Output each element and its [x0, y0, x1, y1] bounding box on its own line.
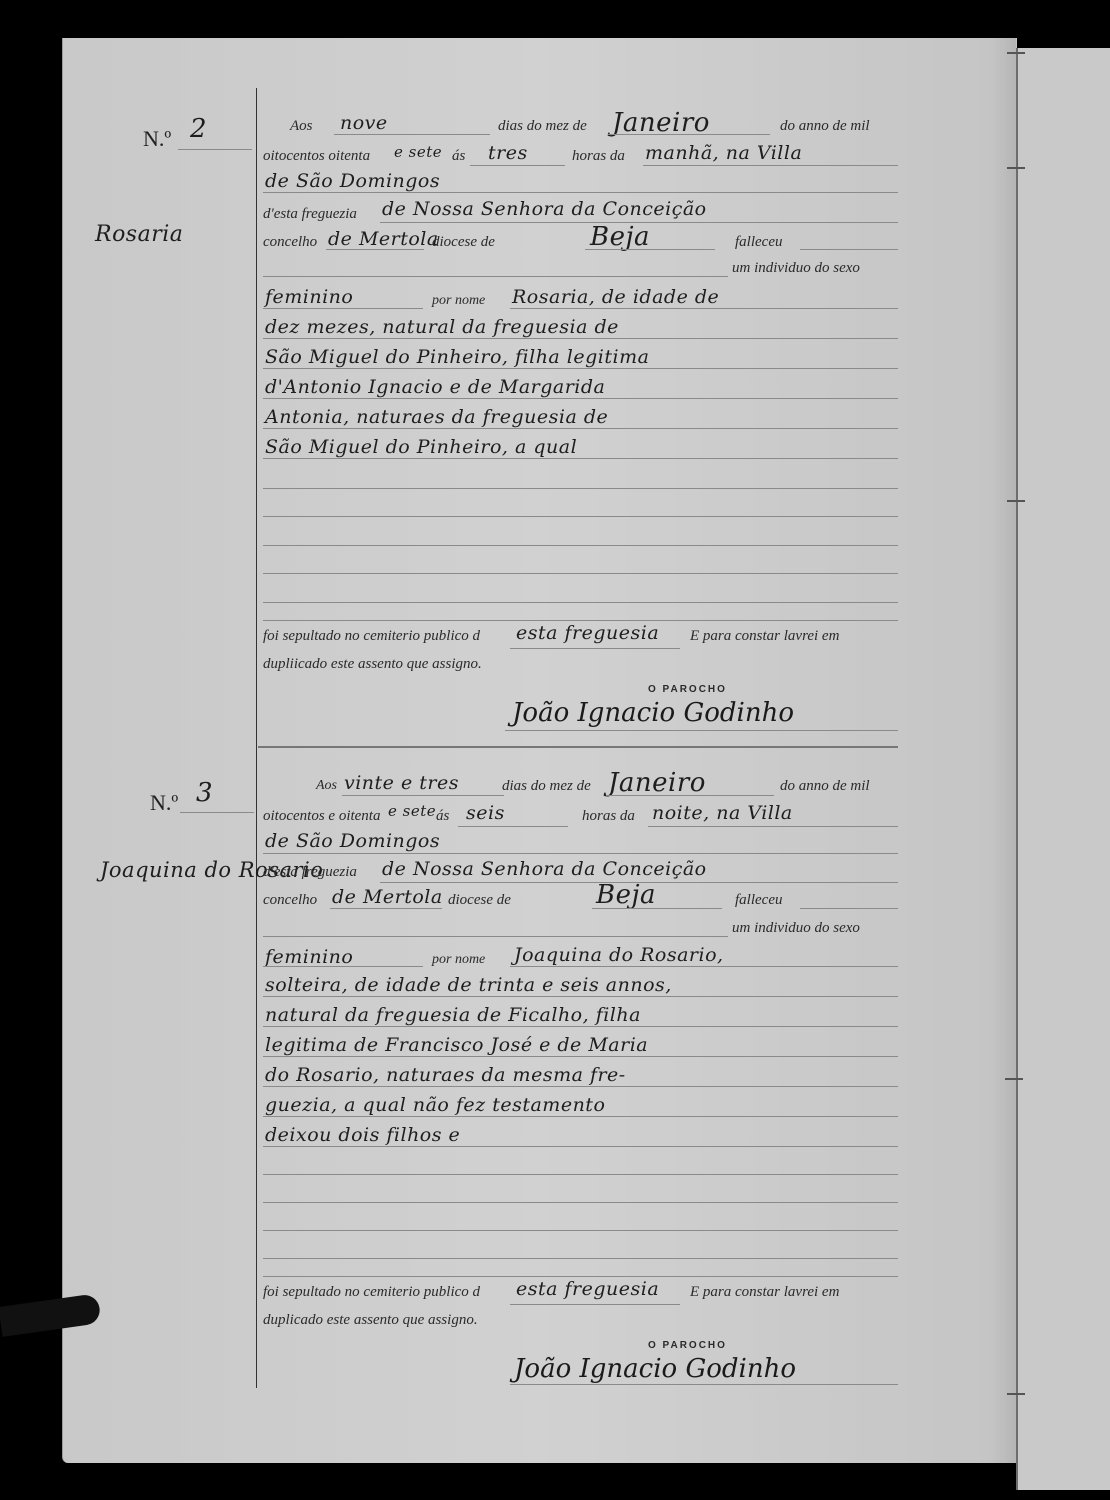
rule [263, 966, 423, 967]
rule [263, 338, 898, 339]
priest-signature: João Ignacio Godinho [512, 698, 794, 728]
handwritten-body-line: São Miguel do Pinheiro, a qual [265, 436, 577, 458]
rule [648, 826, 898, 827]
rule [178, 149, 252, 150]
rule [263, 192, 898, 193]
rule [263, 488, 898, 489]
printed-text: diocese de [448, 892, 511, 909]
rule [510, 648, 680, 649]
handwritten-time-place: noite, na Villa [652, 802, 793, 824]
printed-text: um individuo do sexo [732, 260, 860, 277]
handwritten-body-line: deixou dois filhos e [265, 1124, 460, 1146]
printed-text: d'esta freguezia [263, 864, 357, 881]
rule [334, 134, 490, 135]
rule [342, 795, 504, 796]
rule [470, 165, 565, 166]
printed-text: oitocentos e oitenta [263, 808, 380, 825]
entry-number-label: N.º [143, 126, 171, 152]
rule [263, 996, 898, 997]
rule [263, 573, 898, 574]
rule [510, 1304, 680, 1305]
printed-text: Aos [316, 778, 337, 794]
rule [585, 249, 715, 250]
register-page-left [62, 38, 1017, 1463]
handwritten-body-line: Antonia, naturaes da freguesia de [265, 406, 608, 428]
printed-text: E para constar lavrei em [690, 1284, 839, 1301]
printed-text: falleceu [735, 892, 782, 909]
handwritten-diocese: Beja [590, 222, 650, 252]
rule [263, 308, 423, 309]
rule [263, 1230, 898, 1231]
handwritten-year: e sete [388, 802, 436, 820]
handwritten-sex: feminino [265, 946, 353, 968]
rule [510, 1384, 898, 1385]
handwritten-deceased-name: Joaquina do Rosario, [514, 944, 724, 966]
binding-stitch [1005, 1078, 1023, 1080]
signature-title: O PAROCHO [648, 1340, 727, 1351]
rule [608, 134, 770, 135]
handwritten-body-line: do Rosario, naturaes da mesma fre- [265, 1064, 626, 1086]
handwritten-municipality: de Mertola [328, 228, 439, 250]
rule [180, 812, 254, 813]
handwritten-diocese: Beja [596, 880, 656, 910]
handwritten-parish: de Nossa Senhora da Conceição [382, 858, 707, 880]
handwritten-municipality: de Mertola [332, 886, 443, 908]
rule [263, 545, 898, 546]
entry-number: 2 [190, 114, 207, 144]
printed-text: horas da [572, 148, 625, 165]
rule [263, 1026, 898, 1027]
printed-text: ás [436, 808, 449, 825]
handwritten-body-line: guezia, a qual não fez testamento [265, 1094, 605, 1116]
binding-stitch [1007, 500, 1025, 502]
binding-gutter [990, 38, 1016, 1463]
rule [592, 908, 722, 909]
entry-separator [258, 746, 898, 748]
handwritten-body-line: dez mezes, natural da freguesia de [265, 316, 619, 338]
printed-text: foi sepultado no cemiterio publico d [263, 628, 480, 645]
printed-text: diocese de [432, 234, 495, 251]
rule [263, 602, 898, 603]
printed-text: um individuo do sexo [732, 920, 860, 937]
entry-number: 3 [196, 778, 213, 808]
entry-number-label: N.º [150, 790, 178, 816]
handwritten-body-line: solteira, de idade de trinta e seis anno… [265, 974, 672, 996]
printed-text: por nome [432, 293, 485, 309]
handwritten-deceased-name: Rosaria, de idade de [512, 286, 719, 308]
handwritten-place: de São Domingos [265, 830, 440, 852]
rule [505, 730, 898, 731]
handwritten-body-line: legitima de Francisco José e de Maria [265, 1034, 648, 1056]
printed-text: dias do mez de [502, 778, 591, 795]
binding-stitch [1007, 1393, 1025, 1395]
handwritten-sex: feminino [265, 286, 353, 308]
rule [510, 308, 898, 309]
printed-text: oitocentos oitenta [263, 148, 370, 165]
printed-text: por nome [432, 952, 485, 968]
handwritten-body-line: d'Antonio Ignacio e de Margarida [265, 376, 605, 398]
binding-stitch [1007, 167, 1025, 169]
rule [263, 1276, 898, 1277]
rule [263, 516, 898, 517]
printed-text: horas da [582, 808, 635, 825]
handwritten-time-place: manhã, na Villa [645, 142, 802, 164]
rule [458, 826, 568, 827]
handwritten-hour: seis [466, 802, 505, 824]
handwritten-year: e sete [394, 143, 442, 161]
handwritten-burial-place: esta freguesia [516, 622, 659, 644]
printed-text: falleceu [735, 234, 782, 251]
rule [263, 936, 728, 937]
handwritten-month: Janeiro [608, 768, 706, 798]
printed-text: do anno de mil [780, 118, 870, 135]
rule [263, 620, 898, 621]
margin-deceased-name: Rosaria [95, 222, 183, 247]
handwritten-day: vinte e tres [344, 772, 459, 794]
printed-text: d'esta freguezia [263, 206, 357, 223]
rule [263, 458, 898, 459]
rule [263, 1146, 898, 1147]
rule [263, 368, 898, 369]
rule [326, 249, 424, 250]
signature-title: O PAROCHO [648, 684, 727, 695]
printed-text: concelho [263, 892, 317, 909]
rule [263, 1086, 898, 1087]
printed-text: Aos [290, 118, 313, 135]
rule [263, 1174, 898, 1175]
rule [263, 428, 898, 429]
rule [263, 276, 728, 277]
rule [606, 795, 774, 796]
printed-text: concelho [263, 234, 317, 251]
rule [263, 1056, 898, 1057]
printed-text: ás [452, 148, 465, 165]
margin-rule [256, 88, 257, 1388]
printed-text: E para constar lavrei em [690, 628, 839, 645]
rule [263, 1258, 898, 1259]
handwritten-burial-place: esta freguesia [516, 1278, 659, 1300]
handwritten-day: nove [340, 112, 388, 134]
rule [800, 908, 898, 909]
printed-text: duplicado este assento que assigno. [263, 1312, 478, 1329]
binding-stitch [1007, 52, 1025, 54]
rule [263, 1116, 898, 1117]
rule [330, 908, 442, 909]
handwritten-hour: tres [488, 142, 528, 164]
rule [643, 165, 898, 166]
printed-text: do anno de mil [780, 778, 870, 795]
register-page-right-edge [1016, 48, 1110, 1490]
rule [800, 249, 898, 250]
printed-text: foi sepultado no cemiterio publico d [263, 1284, 480, 1301]
rule [263, 1202, 898, 1203]
handwritten-place: de São Domingos [265, 170, 440, 192]
printed-text: dupliicado este assento que assigno. [263, 656, 482, 673]
rule [510, 966, 898, 967]
handwritten-body-line: São Miguel do Pinheiro, filha legitima [265, 346, 649, 368]
rule [263, 398, 898, 399]
priest-signature: João Ignacio Godinho [514, 1354, 796, 1384]
handwritten-parish: de Nossa Senhora da Conceição [382, 198, 707, 220]
handwritten-body-line: natural da freguesia de Ficalho, filha [265, 1004, 641, 1026]
rule [263, 853, 898, 854]
printed-text: dias do mez de [498, 118, 587, 135]
